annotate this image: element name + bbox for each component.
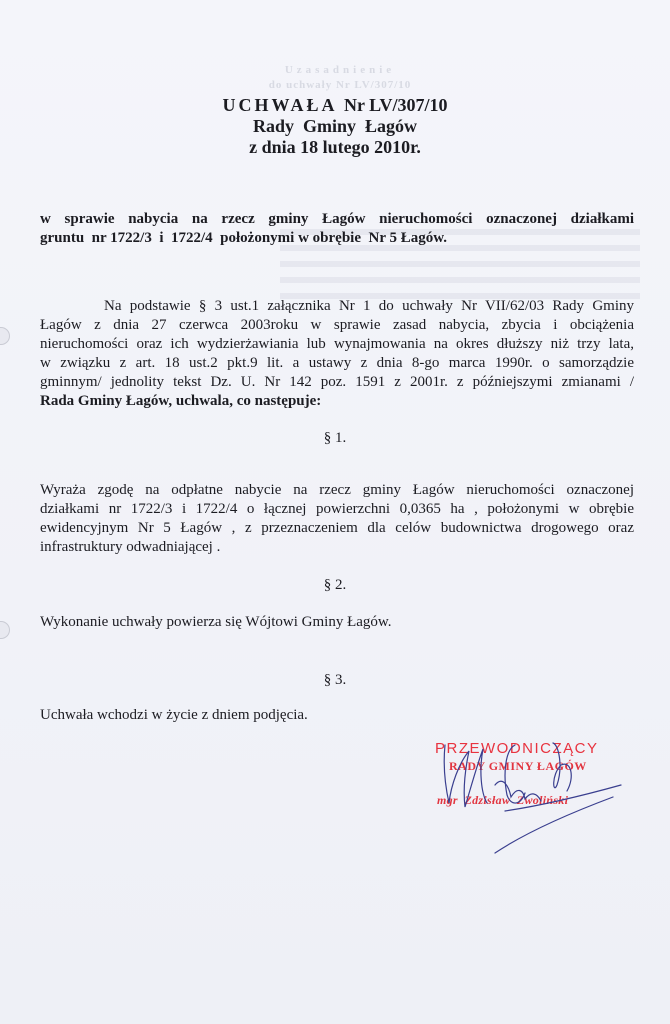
resolution-subject: w sprawie nabycia na rzecz gminy Łagów n… xyxy=(40,210,634,248)
section-3-heading: § 3. xyxy=(0,672,670,689)
legal-basis-line: w związku z art. 18 ust.2 pkt.9 lit. a u… xyxy=(40,354,634,373)
section-1-line: ewidencyjnym Nr 5 Łagów , z przeznaczeni… xyxy=(40,519,634,538)
resolution-issuer: Rady Gminy Łagów xyxy=(0,116,670,137)
resolution-number: Nr LV/307/10 xyxy=(344,95,448,115)
resolution-header: UCHWAŁA Nr LV/307/10 Rady Gminy Łagów z … xyxy=(0,95,670,158)
resolution-title: UCHWAŁA Nr LV/307/10 xyxy=(0,95,670,116)
section-1-line: Wyraża zgodę na odpłatne nabycie na rzec… xyxy=(40,481,634,500)
scanned-page: Uzasadnienie do uchwały Nr LV/307/10 UCH… xyxy=(0,0,670,1024)
section-2-heading: § 2. xyxy=(0,577,670,594)
legal-basis-line: Na podstawie § 3 ust.1 załącznika Nr 1 d… xyxy=(40,297,634,316)
section-1-heading: § 1. xyxy=(0,430,670,447)
subject-line: w sprawie nabycia na rzecz gminy Łagów n… xyxy=(40,210,634,229)
section-2-body: Wykonanie uchwały powierza się Wójtowi G… xyxy=(40,613,634,632)
punch-hole xyxy=(0,327,10,345)
subject-line: gruntu nr 1722/3 i 1722/4 położonymi w o… xyxy=(40,230,447,246)
legal-basis: Na podstawie § 3 ust.1 załącznika Nr 1 d… xyxy=(40,297,634,411)
chairman-stamp: PRZEWODNICZĄCY RADY GMINY ŁAGÓW mgr Zdzi… xyxy=(425,735,625,845)
bleed-through-title: Uzasadnienie xyxy=(240,64,440,76)
punch-hole xyxy=(0,621,10,639)
legal-basis-line: gminnym/ jednolity tekst Dz. U. Nr 142 p… xyxy=(40,373,634,392)
legal-basis-line: nieruchomości oraz ich wydzierżawiania l… xyxy=(40,335,634,354)
resolution-clause: Rada Gminy Łagów, uchwala, co następuje: xyxy=(40,392,634,411)
section-1-body: Wyraża zgodę na odpłatne nabycie na rzec… xyxy=(40,481,634,557)
resolution-date: z dnia 18 lutego 2010r. xyxy=(0,137,670,158)
bleed-through-subtitle: do uchwały Nr LV/307/10 xyxy=(240,79,440,91)
section-1-line: działkami nr 1722/3 i 1722/4 o łącznej p… xyxy=(40,500,634,519)
handwritten-signature-icon xyxy=(425,715,625,865)
section-1-line: infrastruktury odwadniającej . xyxy=(40,538,634,557)
legal-basis-line: Łagów z dnia 27 czerwca 2003roku w spraw… xyxy=(40,316,634,335)
title-word: UCHWAŁA xyxy=(222,95,336,115)
